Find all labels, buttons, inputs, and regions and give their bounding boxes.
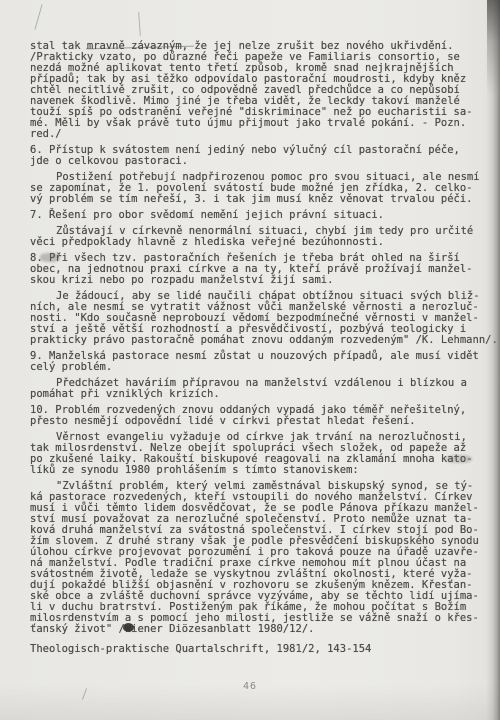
text-line: jde o celkovou pastoraci. [30,156,500,167]
text-line: přesto nesmějí odpovědní lidé v církvi p… [30,416,500,427]
paragraph: Předcházet haváriím přípravou na manžels… [30,378,500,400]
page-number: 46 [0,681,500,692]
text-line: skou krizi nebo po rozpadu manželství ži… [30,275,500,286]
paragraph: Postižení potřebují nadpřirozenou pomoc … [30,172,500,205]
text-line: líků ze synodu 1980 prohlášením s tímto … [30,465,500,476]
text-line: ťanský život" /Wiener Diözesanblatt 1980… [30,624,500,635]
paragraph: Věrnost evangeliu vyžaduje od církve jak… [30,432,500,476]
paragraph: Zůstávají v církevně nenormální situaci,… [30,226,500,248]
paragraph: Theologisch-praktische Quartalschrift, 1… [30,644,500,655]
paragraph: 10. Problém rozvedených znovu oddaných v… [30,405,500,427]
paragraph: 9. Manželská pastorace nesmí zůstat u no… [30,351,500,373]
document-text: stal tak mravně závazným, že jej nelze z… [30,41,500,655]
text-line: mé. Měli by však právě tuto újmu přijmou… [30,118,500,129]
scanned-page: stal tak mravně závazným, že jej nelze z… [0,0,500,720]
text-line: prakticky právo pastoračně pomáhat znovu… [30,335,500,346]
text-line: pomáhat při vzniklých krizích. [30,389,500,400]
text-line: vý problém se tím neřeší, 3. i tak jim m… [30,194,500,205]
page-edge-shadow-top [487,0,500,95]
pencil-mark [138,12,141,36]
text-line: 7. Řešení pro obor svědomí nemění jejich… [30,210,500,221]
paragraph: 7. Řešení pro obor svědomí nemění jejich… [30,210,500,221]
pencil-mark [34,4,42,29]
paragraph: Je žádoucí, aby se lidé naučili chápat o… [30,291,500,346]
text-line: Theologisch-praktische Quartalschrift, 1… [30,644,500,655]
text-line: celý problém. [30,362,500,373]
page-edge-shadow [486,0,500,720]
paragraph: "Zvláštní problém, který velmi zaměstnáv… [30,481,500,635]
text-line: red./ [30,129,500,140]
paragraph: 6. Přístup k svátostem není jediný nebo … [30,145,500,167]
paragraph: stal tak mravně závazným, že jej nelze z… [30,41,500,140]
paragraph: 8. Při všech tzv. pastoračních řešeních … [30,253,500,286]
text-line: věci předpoklady hlavně z hlediska veřej… [30,237,500,248]
